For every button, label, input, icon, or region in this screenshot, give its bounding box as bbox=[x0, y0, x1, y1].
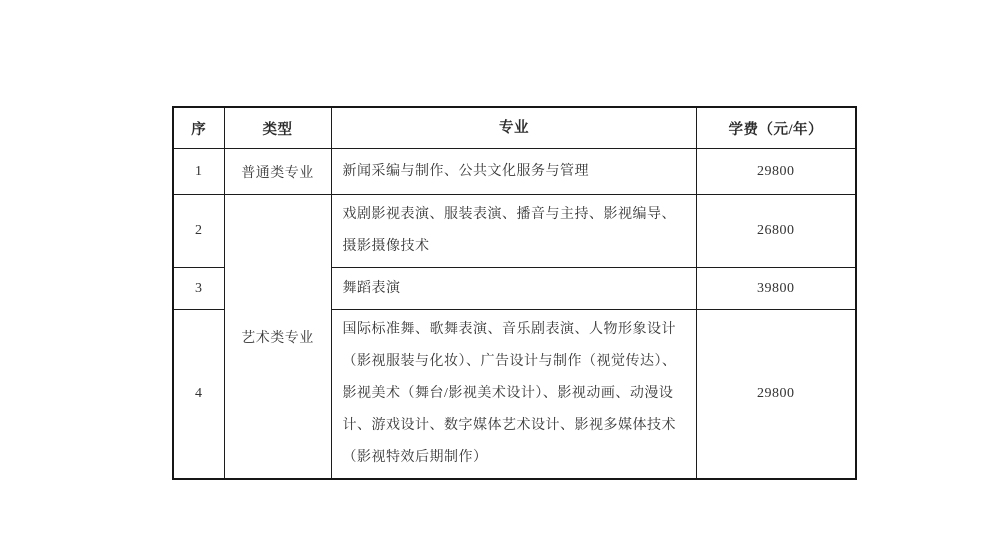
major-cell: 戏剧影视表演、服装表演、播音与主持、影视编导、摄影摄像技术 bbox=[331, 195, 696, 268]
table-header-row: 序 类型 专业 学费（元/年） bbox=[173, 107, 856, 149]
header-no: 序 bbox=[173, 107, 224, 149]
tuition-cell: 26800 bbox=[696, 195, 856, 268]
header-major: 专业 bbox=[331, 107, 696, 149]
tuition-table: 序 类型 专业 学费（元/年） 1 普通类专业 新闻采编与制作、公共文化服务与管… bbox=[172, 106, 857, 480]
row-number-cell: 2 bbox=[173, 195, 224, 268]
tuition-cell: 39800 bbox=[696, 268, 856, 310]
type-cell-art-merged: 艺术类专业 bbox=[224, 195, 331, 480]
table-row: 2 艺术类专业 戏剧影视表演、服装表演、播音与主持、影视编导、摄影摄像技术 26… bbox=[173, 195, 856, 268]
row-number-cell: 4 bbox=[173, 310, 224, 480]
major-cell: 舞蹈表演 bbox=[331, 268, 696, 310]
row-number-cell: 3 bbox=[173, 268, 224, 310]
major-cell: 新闻采编与制作、公共文化服务与管理 bbox=[331, 149, 696, 195]
header-tuition: 学费（元/年） bbox=[696, 107, 856, 149]
row-number-cell: 1 bbox=[173, 149, 224, 195]
tuition-cell: 29800 bbox=[696, 310, 856, 480]
table-row: 1 普通类专业 新闻采编与制作、公共文化服务与管理 29800 bbox=[173, 149, 856, 195]
document-page: 序 类型 专业 学费（元/年） 1 普通类专业 新闻采编与制作、公共文化服务与管… bbox=[0, 0, 998, 558]
header-type: 类型 bbox=[224, 107, 331, 149]
tuition-cell: 29800 bbox=[696, 149, 856, 195]
tuition-table-container: 序 类型 专业 学费（元/年） 1 普通类专业 新闻采编与制作、公共文化服务与管… bbox=[172, 106, 857, 480]
major-cell: 国际标准舞、歌舞表演、音乐剧表演、人物形象设计（影视服装与化妆）、广告设计与制作… bbox=[331, 310, 696, 480]
type-cell-general: 普通类专业 bbox=[224, 149, 331, 195]
